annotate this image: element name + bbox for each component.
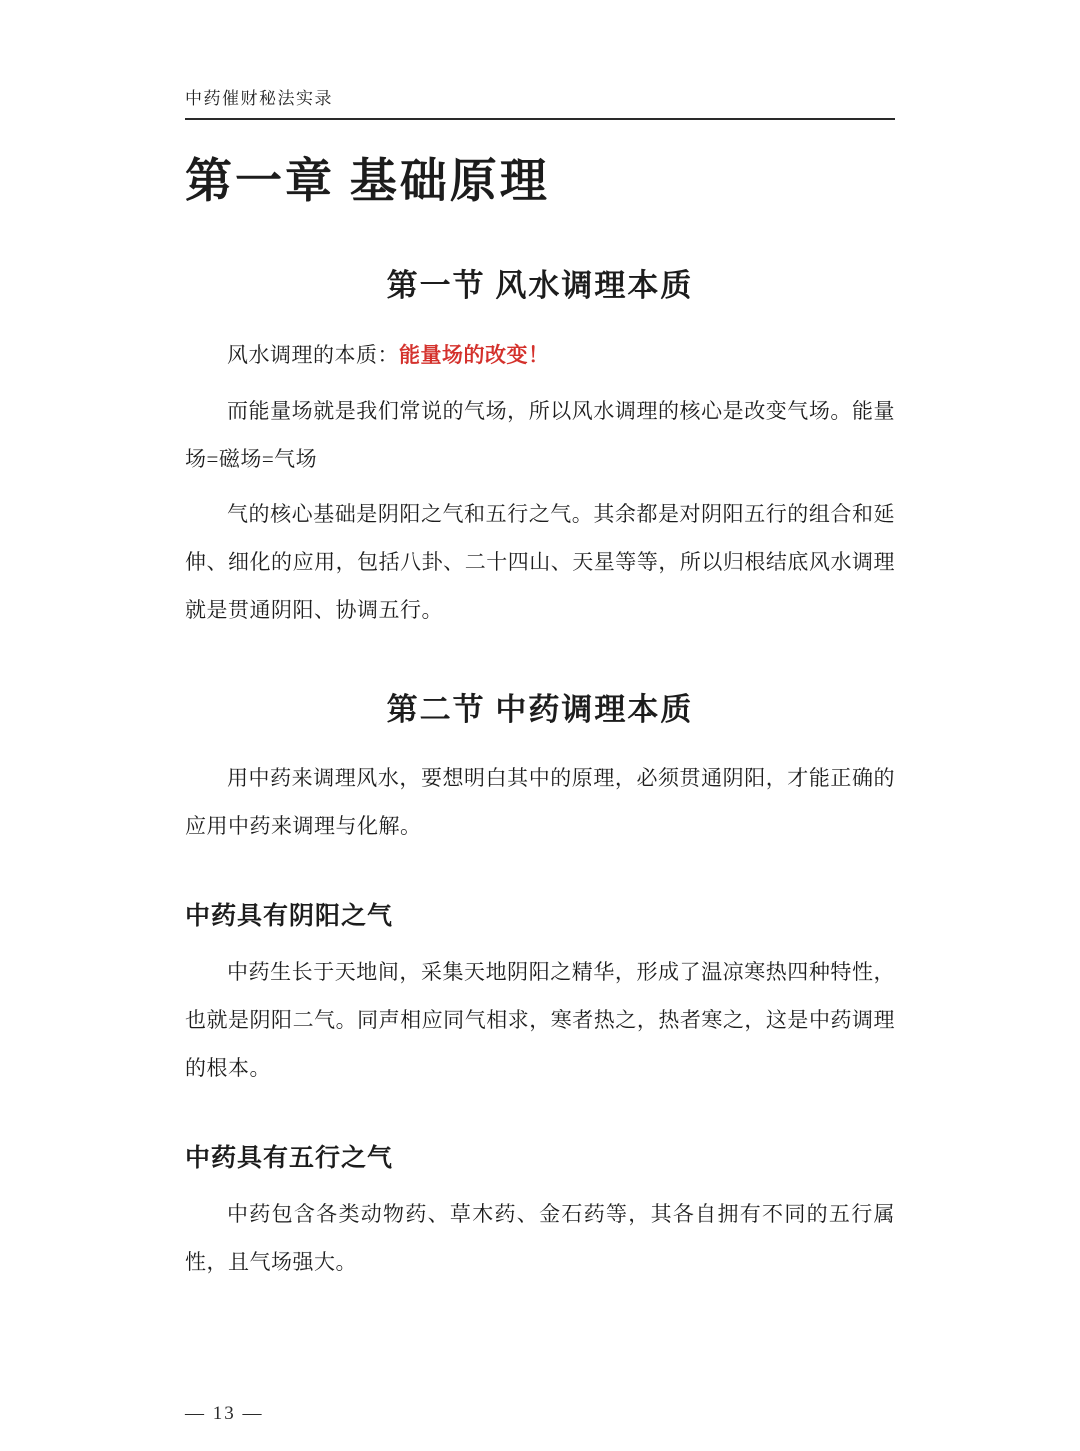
paragraph-essence: 风水调理的本质：能量场的改变！	[185, 331, 895, 380]
page-number: — 13 —	[185, 1403, 264, 1425]
subsection-yinyang-heading: 中药具有阴阳之气	[185, 896, 895, 932]
subsection-wuxing-body: 中药包含各类动物药、草木药、金石药等，其各自拥有不同的五行属性，且气场强大。	[185, 1190, 895, 1286]
paragraph-section2-intro: 用中药来调理风水，要想明白其中的原理，必须贯通阴阳，才能正确的应用中药来调理与化…	[185, 754, 895, 850]
document-page: 中药催财秘法实录 第一章 基础原理 第一节 风水调理本质 风水调理的本质：能量场…	[0, 0, 1080, 1451]
running-header-book-title: 中药催财秘法实录	[185, 84, 895, 120]
section-1-title: 第一节 风水调理本质	[185, 266, 895, 306]
paragraph-essence-highlight: 能量场的改变！	[399, 344, 550, 367]
section-2-title: 第二节 中药调理本质	[185, 690, 895, 730]
section-1-body: 风水调理的本质：能量场的改变！ 而能量场就是我们常说的气场，所以风水调理的核心是…	[185, 331, 895, 634]
chapter-title: 第一章 基础原理	[185, 154, 895, 210]
paragraph-qi-foundation: 气的核心基础是阴阳之气和五行之气。其余都是对阴阳五行的组合和延伸、细化的应用，包…	[185, 490, 895, 634]
paragraph-energy-field: 而能量场就是我们常说的气场，所以风水调理的核心是改变气场。能量场=磁场=气场	[185, 387, 895, 483]
paragraph-wuxing: 中药包含各类动物药、草木药、金石药等，其各自拥有不同的五行属性，且气场强大。	[185, 1190, 895, 1286]
paragraph-essence-lead: 风水调理的本质：	[227, 343, 399, 367]
paragraph-yinyang: 中药生长于天地间，采集天地阴阳之精华，形成了温凉寒热四种特性，也就是阴阳二气。同…	[185, 948, 895, 1092]
subsection-yinyang-body: 中药生长于天地间，采集天地阴阳之精华，形成了温凉寒热四种特性，也就是阴阳二气。同…	[185, 948, 895, 1092]
section-2-body: 用中药来调理风水，要想明白其中的原理，必须贯通阴阳，才能正确的应用中药来调理与化…	[185, 754, 895, 850]
subsection-wuxing-heading: 中药具有五行之气	[185, 1138, 895, 1174]
